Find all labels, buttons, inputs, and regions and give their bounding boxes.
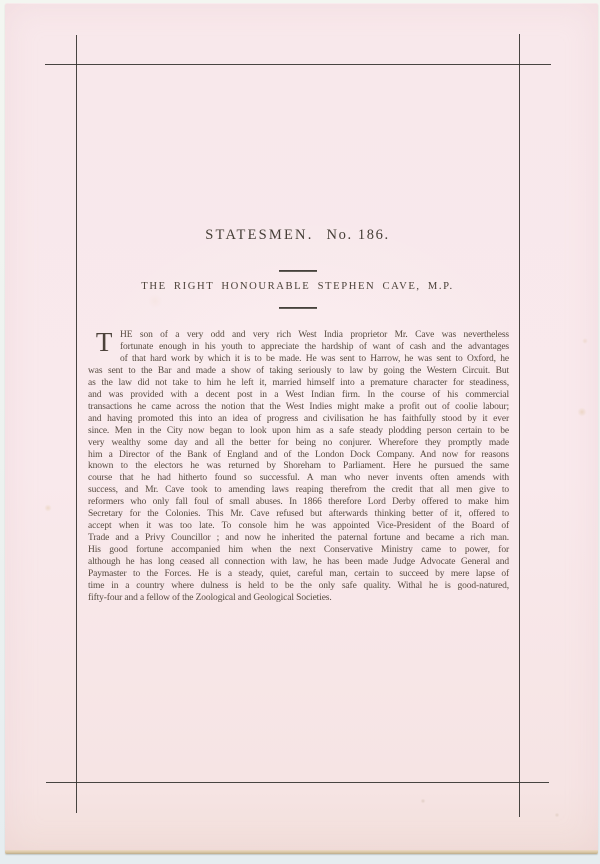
- trim-mark-right: [519, 34, 520, 817]
- issue-number: No. 186.: [327, 227, 390, 243]
- body-line: Paymaster to the Forces. He is a steady,…: [88, 569, 509, 581]
- body-line: known to the electors he was returned by…: [88, 461, 509, 473]
- body-line: and having promoted this into an idea of…: [88, 414, 509, 426]
- drop-cap: T: [93, 331, 115, 354]
- body-line: Trade and a Privy Councillor ; and now h…: [88, 533, 509, 545]
- body-line: time in a country where dulness is held …: [88, 581, 509, 593]
- body-line: course that he had hitherto found so suc…: [88, 473, 509, 485]
- body-line: reformers who only fall foul of small ab…: [88, 497, 509, 509]
- series-title-line: STATESMEN.No. 186.: [76, 227, 519, 244]
- body-line: since. Men in the City now began to look…: [88, 426, 509, 438]
- body-line: him a Director of the Bank of England an…: [88, 450, 509, 462]
- body-line: as the law did not take to him he left i…: [88, 378, 509, 390]
- body-line: although he has long ceased all connecti…: [88, 557, 509, 569]
- body-line: HE son of a very odd and very rich West …: [88, 330, 509, 342]
- paper-sheet: STATESMEN.No. 186. THE RIGHT HONOURABLE …: [5, 3, 598, 854]
- article-body: T HE son of a very odd and very rich Wes…: [88, 330, 509, 605]
- divider-rule-top: [279, 270, 317, 272]
- trim-mark-left: [76, 35, 77, 813]
- body-line: fifty-four and a fellow of the Zoologica…: [88, 593, 509, 605]
- divider-rule-bottom: [279, 307, 317, 309]
- body-line: very wealthy some day and all the better…: [88, 438, 509, 450]
- trim-mark-bottom: [46, 782, 549, 783]
- photo-background: STATESMEN.No. 186. THE RIGHT HONOURABLE …: [0, 0, 600, 864]
- body-line: of that hard work by which it is to be m…: [88, 354, 509, 366]
- body-line: success, and Mr. Cave took to amending l…: [88, 485, 509, 497]
- body-line: Secretary for the Colonies. This Mr. Cav…: [88, 509, 509, 521]
- series-title: STATESMEN.: [205, 227, 313, 243]
- body-line: transactions he came across the notion t…: [88, 402, 509, 414]
- body-line: His good fortune accompanied him when th…: [88, 545, 509, 557]
- body-line: fortunate enough in his youth to appreci…: [88, 342, 509, 354]
- body-line: was sent to the Bar and made a show of t…: [88, 366, 509, 378]
- subject-title: THE RIGHT HONOURABLE STEPHEN CAVE, M.P.: [76, 281, 519, 292]
- body-line: and was provided with a decent post in a…: [88, 390, 509, 402]
- paper-bottom-edge: [5, 850, 598, 854]
- body-line: accept when it was too late. To console …: [88, 521, 509, 533]
- trim-mark-top: [45, 64, 551, 65]
